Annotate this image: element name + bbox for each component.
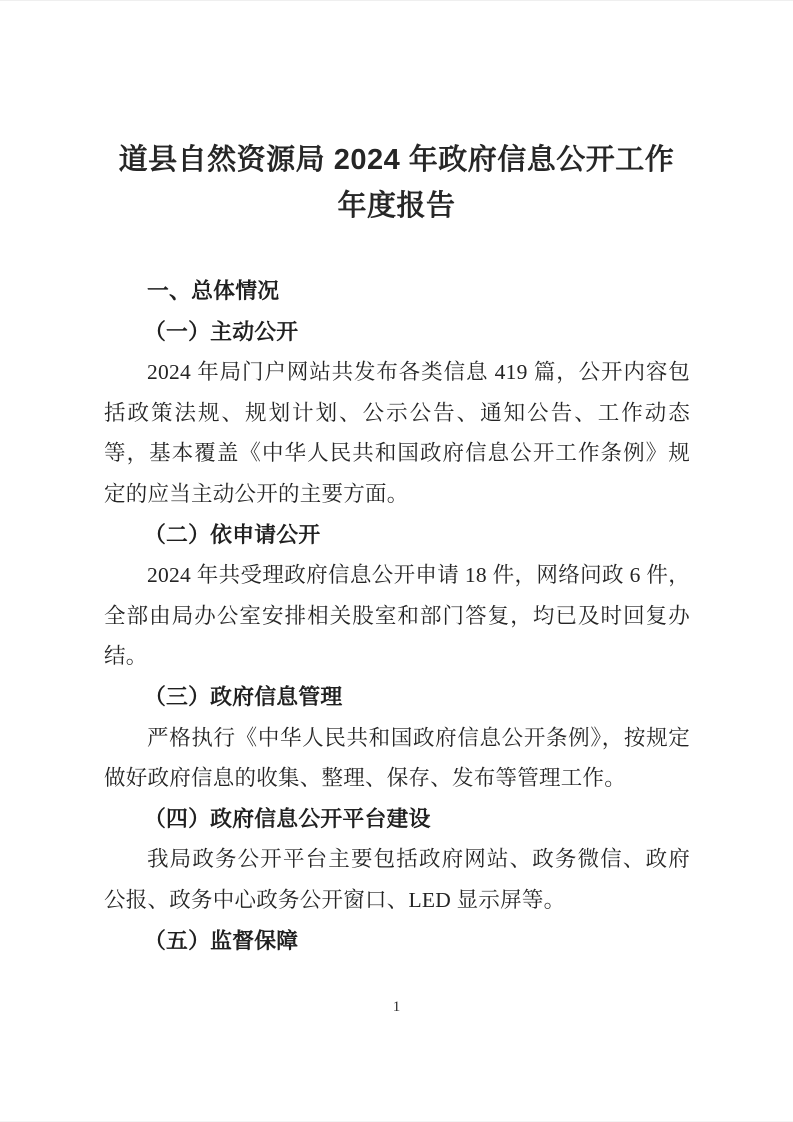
subsection-heading-proactive-disclosure: （一）主动公开 — [104, 312, 690, 353]
subsection-heading-disclosure-upon-request: （二）依申请公开 — [104, 515, 690, 556]
document-body: 一、总体情况 （一）主动公开 2024 年局门户网站共发布各类信息 419 篇，… — [104, 271, 690, 961]
section-heading-overall-situation: 一、总体情况 — [104, 271, 690, 312]
subsection-heading-information-management: （三）政府信息管理 — [104, 677, 690, 718]
document-title-line1: 道县自然资源局 2024 年政府信息公开工作 — [60, 138, 733, 184]
subsection-heading-platform-construction: （四）政府信息公开平台建设 — [104, 799, 690, 840]
paragraph-proactive-disclosure: 2024 年局门户网站共发布各类信息 419 篇，公开内容包括政策法规、规划计划… — [104, 352, 690, 514]
subsection-heading-supervision-guarantee: （五）监督保障 — [104, 921, 690, 962]
document-page: 道县自然资源局 2024 年政府信息公开工作 年度报告 一、总体情况 （一）主动… — [0, 0, 793, 1122]
paragraph-information-management: 严格执行《中华人民共和国政府信息公开条例》，按规定做好政府信息的收集、整理、保存… — [104, 718, 690, 799]
page-number: 1 — [0, 997, 793, 1017]
paragraph-platform-construction: 我局政务公开平台主要包括政府网站、政务微信、政府公报、政务中心政务公开窗口、LE… — [104, 839, 690, 920]
paragraph-disclosure-upon-request: 2024 年共受理政府信息公开申请 18 件，网络问政 6 件，全部由局办公室安… — [104, 555, 690, 677]
document-title: 道县自然资源局 2024 年政府信息公开工作 年度报告 — [60, 138, 733, 229]
document-title-line2: 年度报告 — [60, 184, 733, 230]
